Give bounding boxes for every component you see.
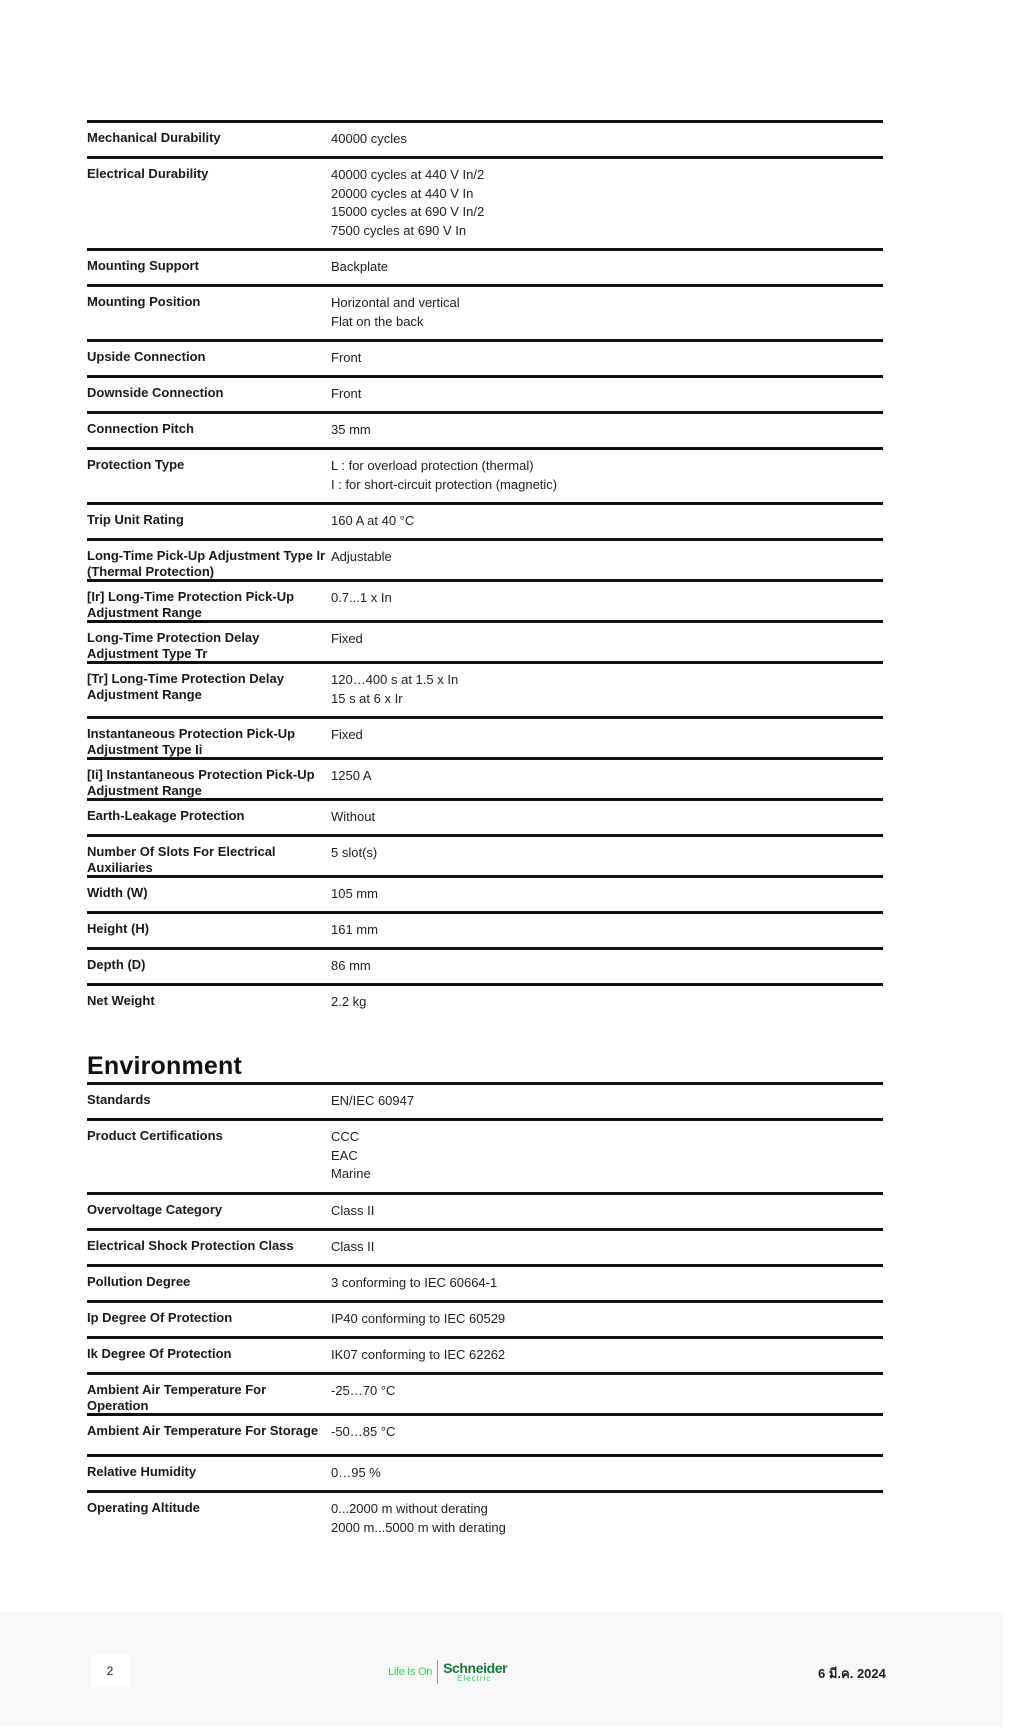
value-line: 3 conforming to IEC 60664-1 bbox=[331, 1274, 883, 1293]
row-label: Downside Connection bbox=[87, 378, 331, 411]
row-value: 0.7...1 x In bbox=[331, 582, 883, 620]
value-line: Horizontal and vertical bbox=[331, 294, 883, 313]
row-value: 105 mm bbox=[331, 878, 883, 911]
value-line: -50…85 °C bbox=[331, 1423, 883, 1442]
table-row: [Ir] Long-Time Protection Pick-Up Adjust… bbox=[87, 579, 883, 620]
row-label: Operating Altitude bbox=[87, 1493, 331, 1545]
row-value: EN/IEC 60947 bbox=[331, 1085, 883, 1118]
row-value: Adjustable bbox=[331, 541, 883, 579]
table-row: Mounting PositionHorizontal and vertical… bbox=[87, 284, 883, 339]
value-line: 86 mm bbox=[331, 957, 883, 976]
table-row: Earth-Leakage ProtectionWithout bbox=[87, 798, 883, 834]
row-value: IP40 conforming to IEC 60529 bbox=[331, 1303, 883, 1336]
value-line: Front bbox=[331, 349, 883, 368]
table-row: Mounting SupportBackplate bbox=[87, 248, 883, 284]
row-value: IK07 conforming to IEC 62262 bbox=[331, 1339, 883, 1372]
row-value: Horizontal and verticalFlat on the back bbox=[331, 287, 883, 339]
row-value: 40000 cycles at 440 V In/220000 cycles a… bbox=[331, 159, 883, 248]
table-row: Number Of Slots For Electrical Auxiliari… bbox=[87, 834, 883, 875]
table-row: Product CertificationsCCCEACMarine bbox=[87, 1118, 883, 1192]
table-row: Protection TypeL : for overload protecti… bbox=[87, 447, 883, 502]
value-line: 0...2000 m without derating bbox=[331, 1500, 883, 1519]
row-value: CCCEACMarine bbox=[331, 1121, 883, 1192]
row-value: Fixed bbox=[331, 623, 883, 661]
value-line: Class II bbox=[331, 1202, 883, 1221]
row-label: Instantaneous Protection Pick-Up Adjustm… bbox=[87, 719, 331, 757]
table-row: Height (H)161 mm bbox=[87, 911, 883, 947]
table-row: [Ii] Instantaneous Protection Pick-Up Ad… bbox=[87, 757, 883, 798]
table-row: Ip Degree Of ProtectionIP40 conforming t… bbox=[87, 1300, 883, 1336]
row-label: Upside Connection bbox=[87, 342, 331, 375]
row-value: Class II bbox=[331, 1231, 883, 1264]
row-value: Fixed bbox=[331, 719, 883, 757]
row-value: 3 conforming to IEC 60664-1 bbox=[331, 1267, 883, 1300]
row-label: Electrical Durability bbox=[87, 159, 331, 248]
value-line: EN/IEC 60947 bbox=[331, 1092, 883, 1111]
table-row: Mechanical Durability40000 cycles bbox=[87, 120, 883, 156]
row-label: Earth-Leakage Protection bbox=[87, 801, 331, 834]
table-row: Long-Time Protection Delay Adjustment Ty… bbox=[87, 620, 883, 661]
table-row: Depth (D)86 mm bbox=[87, 947, 883, 983]
value-line: Fixed bbox=[331, 630, 883, 649]
row-label: Relative Humidity bbox=[87, 1457, 331, 1490]
value-line: 160 A at 40 °C bbox=[331, 512, 883, 531]
row-value: 2.2 kg bbox=[331, 986, 883, 1019]
specifications-table: Mechanical Durability40000 cyclesElectri… bbox=[87, 120, 883, 1019]
row-value: 40000 cycles bbox=[331, 123, 883, 156]
table-row: Long-Time Pick-Up Adjustment Type Ir (Th… bbox=[87, 538, 883, 579]
table-row: Connection Pitch35 mm bbox=[87, 411, 883, 447]
row-value: Class II bbox=[331, 1195, 883, 1228]
value-line: 5 slot(s) bbox=[331, 844, 883, 863]
value-line: 35 mm bbox=[331, 421, 883, 440]
row-value: -25…70 °C bbox=[331, 1375, 883, 1413]
row-label: Mounting Support bbox=[87, 251, 331, 284]
row-label: Trip Unit Rating bbox=[87, 505, 331, 538]
row-label: Electrical Shock Protection Class bbox=[87, 1231, 331, 1264]
value-line: Adjustable bbox=[331, 548, 883, 567]
row-value: L : for overload protection (thermal)I :… bbox=[331, 450, 883, 502]
table-row: Pollution Degree3 conforming to IEC 6066… bbox=[87, 1264, 883, 1300]
brand-divider bbox=[437, 1660, 438, 1684]
value-line: 2.2 kg bbox=[331, 993, 883, 1012]
table-row: Width (W)105 mm bbox=[87, 875, 883, 911]
value-line: 1250 A bbox=[331, 767, 883, 786]
value-line: Class II bbox=[331, 1238, 883, 1257]
row-label: [Ir] Long-Time Protection Pick-Up Adjust… bbox=[87, 582, 331, 620]
value-line: Marine bbox=[331, 1165, 883, 1184]
row-label: Width (W) bbox=[87, 878, 331, 911]
value-line: 7500 cycles at 690 V In bbox=[331, 222, 883, 241]
table-row: Ambient Air Temperature For Storage-50…8… bbox=[87, 1413, 883, 1454]
row-value: 0...2000 m without derating2000 m...5000… bbox=[331, 1493, 883, 1545]
value-line: IP40 conforming to IEC 60529 bbox=[331, 1310, 883, 1329]
section-title-environment: Environment bbox=[87, 1052, 242, 1081]
value-line: Fixed bbox=[331, 726, 883, 745]
table-row: [Tr] Long-Time Protection Delay Adjustme… bbox=[87, 661, 883, 716]
brand-sub: Electric bbox=[457, 1675, 507, 1683]
value-line: Backplate bbox=[331, 258, 883, 277]
environment-table: StandardsEN/IEC 60947Product Certificati… bbox=[87, 1082, 883, 1545]
value-line: 2000 m...5000 m with derating bbox=[331, 1519, 883, 1538]
table-row: Upside ConnectionFront bbox=[87, 339, 883, 375]
value-line: Front bbox=[331, 385, 883, 404]
row-label: Depth (D) bbox=[87, 950, 331, 983]
datasheet-page: Mechanical Durability40000 cyclesElectri… bbox=[0, 0, 1024, 1735]
row-value: 120…400 s at 1.5 x In15 s at 6 x Ir bbox=[331, 664, 883, 716]
row-label: Protection Type bbox=[87, 450, 331, 502]
row-label: Long-Time Pick-Up Adjustment Type Ir (Th… bbox=[87, 541, 331, 579]
row-label: Overvoltage Category bbox=[87, 1195, 331, 1228]
row-label: Long-Time Protection Delay Adjustment Ty… bbox=[87, 623, 331, 661]
row-value: 160 A at 40 °C bbox=[331, 505, 883, 538]
page-number: 2 bbox=[91, 1655, 129, 1687]
table-row: Instantaneous Protection Pick-Up Adjustm… bbox=[87, 716, 883, 757]
row-value: -50…85 °C bbox=[331, 1416, 883, 1454]
schneider-logo: Schneider Electric bbox=[443, 1661, 507, 1683]
value-line: 20000 cycles at 440 V In bbox=[331, 185, 883, 204]
row-value: 5 slot(s) bbox=[331, 837, 883, 875]
table-row: Trip Unit Rating160 A at 40 °C bbox=[87, 502, 883, 538]
value-line: 15 s at 6 x Ir bbox=[331, 690, 883, 709]
row-value: 161 mm bbox=[331, 914, 883, 947]
value-line: I : for short-circuit protection (magnet… bbox=[331, 476, 883, 495]
row-label: Connection Pitch bbox=[87, 414, 331, 447]
value-line: CCC bbox=[331, 1128, 883, 1147]
value-line: L : for overload protection (thermal) bbox=[331, 457, 883, 476]
value-line: EAC bbox=[331, 1147, 883, 1166]
row-label: Ip Degree Of Protection bbox=[87, 1303, 331, 1336]
row-label: Ik Degree Of Protection bbox=[87, 1339, 331, 1372]
value-line: 40000 cycles bbox=[331, 130, 883, 149]
value-line: 0…95 % bbox=[331, 1464, 883, 1483]
value-line: IK07 conforming to IEC 62262 bbox=[331, 1346, 883, 1365]
table-row: Ik Degree Of ProtectionIK07 conforming t… bbox=[87, 1336, 883, 1372]
row-label: Product Certifications bbox=[87, 1121, 331, 1192]
row-value: 86 mm bbox=[331, 950, 883, 983]
row-value: 1250 A bbox=[331, 760, 883, 798]
value-line: 161 mm bbox=[331, 921, 883, 940]
row-label: [Tr] Long-Time Protection Delay Adjustme… bbox=[87, 664, 331, 716]
value-line: 40000 cycles at 440 V In/2 bbox=[331, 166, 883, 185]
row-label: Mechanical Durability bbox=[87, 123, 331, 156]
document-date: 6 มี.ค. 2024 bbox=[818, 1663, 886, 1684]
table-row: Relative Humidity0…95 % bbox=[87, 1454, 883, 1490]
row-value: Without bbox=[331, 801, 883, 834]
row-label: Number Of Slots For Electrical Auxiliari… bbox=[87, 837, 331, 875]
row-label: [Ii] Instantaneous Protection Pick-Up Ad… bbox=[87, 760, 331, 798]
row-label: Ambient Air Temperature For Storage bbox=[87, 1416, 331, 1454]
value-line: 15000 cycles at 690 V In/2 bbox=[331, 203, 883, 222]
table-row: Electrical Shock Protection ClassClass I… bbox=[87, 1228, 883, 1264]
value-line: Flat on the back bbox=[331, 313, 883, 332]
value-line: 105 mm bbox=[331, 885, 883, 904]
row-value: Front bbox=[331, 342, 883, 375]
value-line: 0.7...1 x In bbox=[331, 589, 883, 608]
table-row: Overvoltage CategoryClass II bbox=[87, 1192, 883, 1228]
row-label: Ambient Air Temperature For Operation bbox=[87, 1375, 331, 1413]
brand-logo: Life Is On Schneider Electric bbox=[388, 1657, 507, 1687]
row-value: Backplate bbox=[331, 251, 883, 284]
table-row: Downside ConnectionFront bbox=[87, 375, 883, 411]
row-label: Net Weight bbox=[87, 986, 331, 1019]
row-value: Front bbox=[331, 378, 883, 411]
row-label: Standards bbox=[87, 1085, 331, 1118]
table-row: Ambient Air Temperature For Operation-25… bbox=[87, 1372, 883, 1413]
table-row: Net Weight2.2 kg bbox=[87, 983, 883, 1019]
table-row: Electrical Durability40000 cycles at 440… bbox=[87, 156, 883, 248]
value-line: 120…400 s at 1.5 x In bbox=[331, 671, 883, 690]
row-label: Mounting Position bbox=[87, 287, 331, 339]
value-line: Without bbox=[331, 808, 883, 827]
table-row: StandardsEN/IEC 60947 bbox=[87, 1082, 883, 1118]
row-value: 0…95 % bbox=[331, 1457, 883, 1490]
table-row: Operating Altitude0...2000 m without der… bbox=[87, 1490, 883, 1545]
tagline: Life Is On bbox=[388, 1666, 432, 1678]
brand-name: Schneider bbox=[443, 1661, 507, 1675]
row-value: 35 mm bbox=[331, 414, 883, 447]
row-label: Height (H) bbox=[87, 914, 331, 947]
row-label: Pollution Degree bbox=[87, 1267, 331, 1300]
value-line: -25…70 °C bbox=[331, 1382, 883, 1401]
